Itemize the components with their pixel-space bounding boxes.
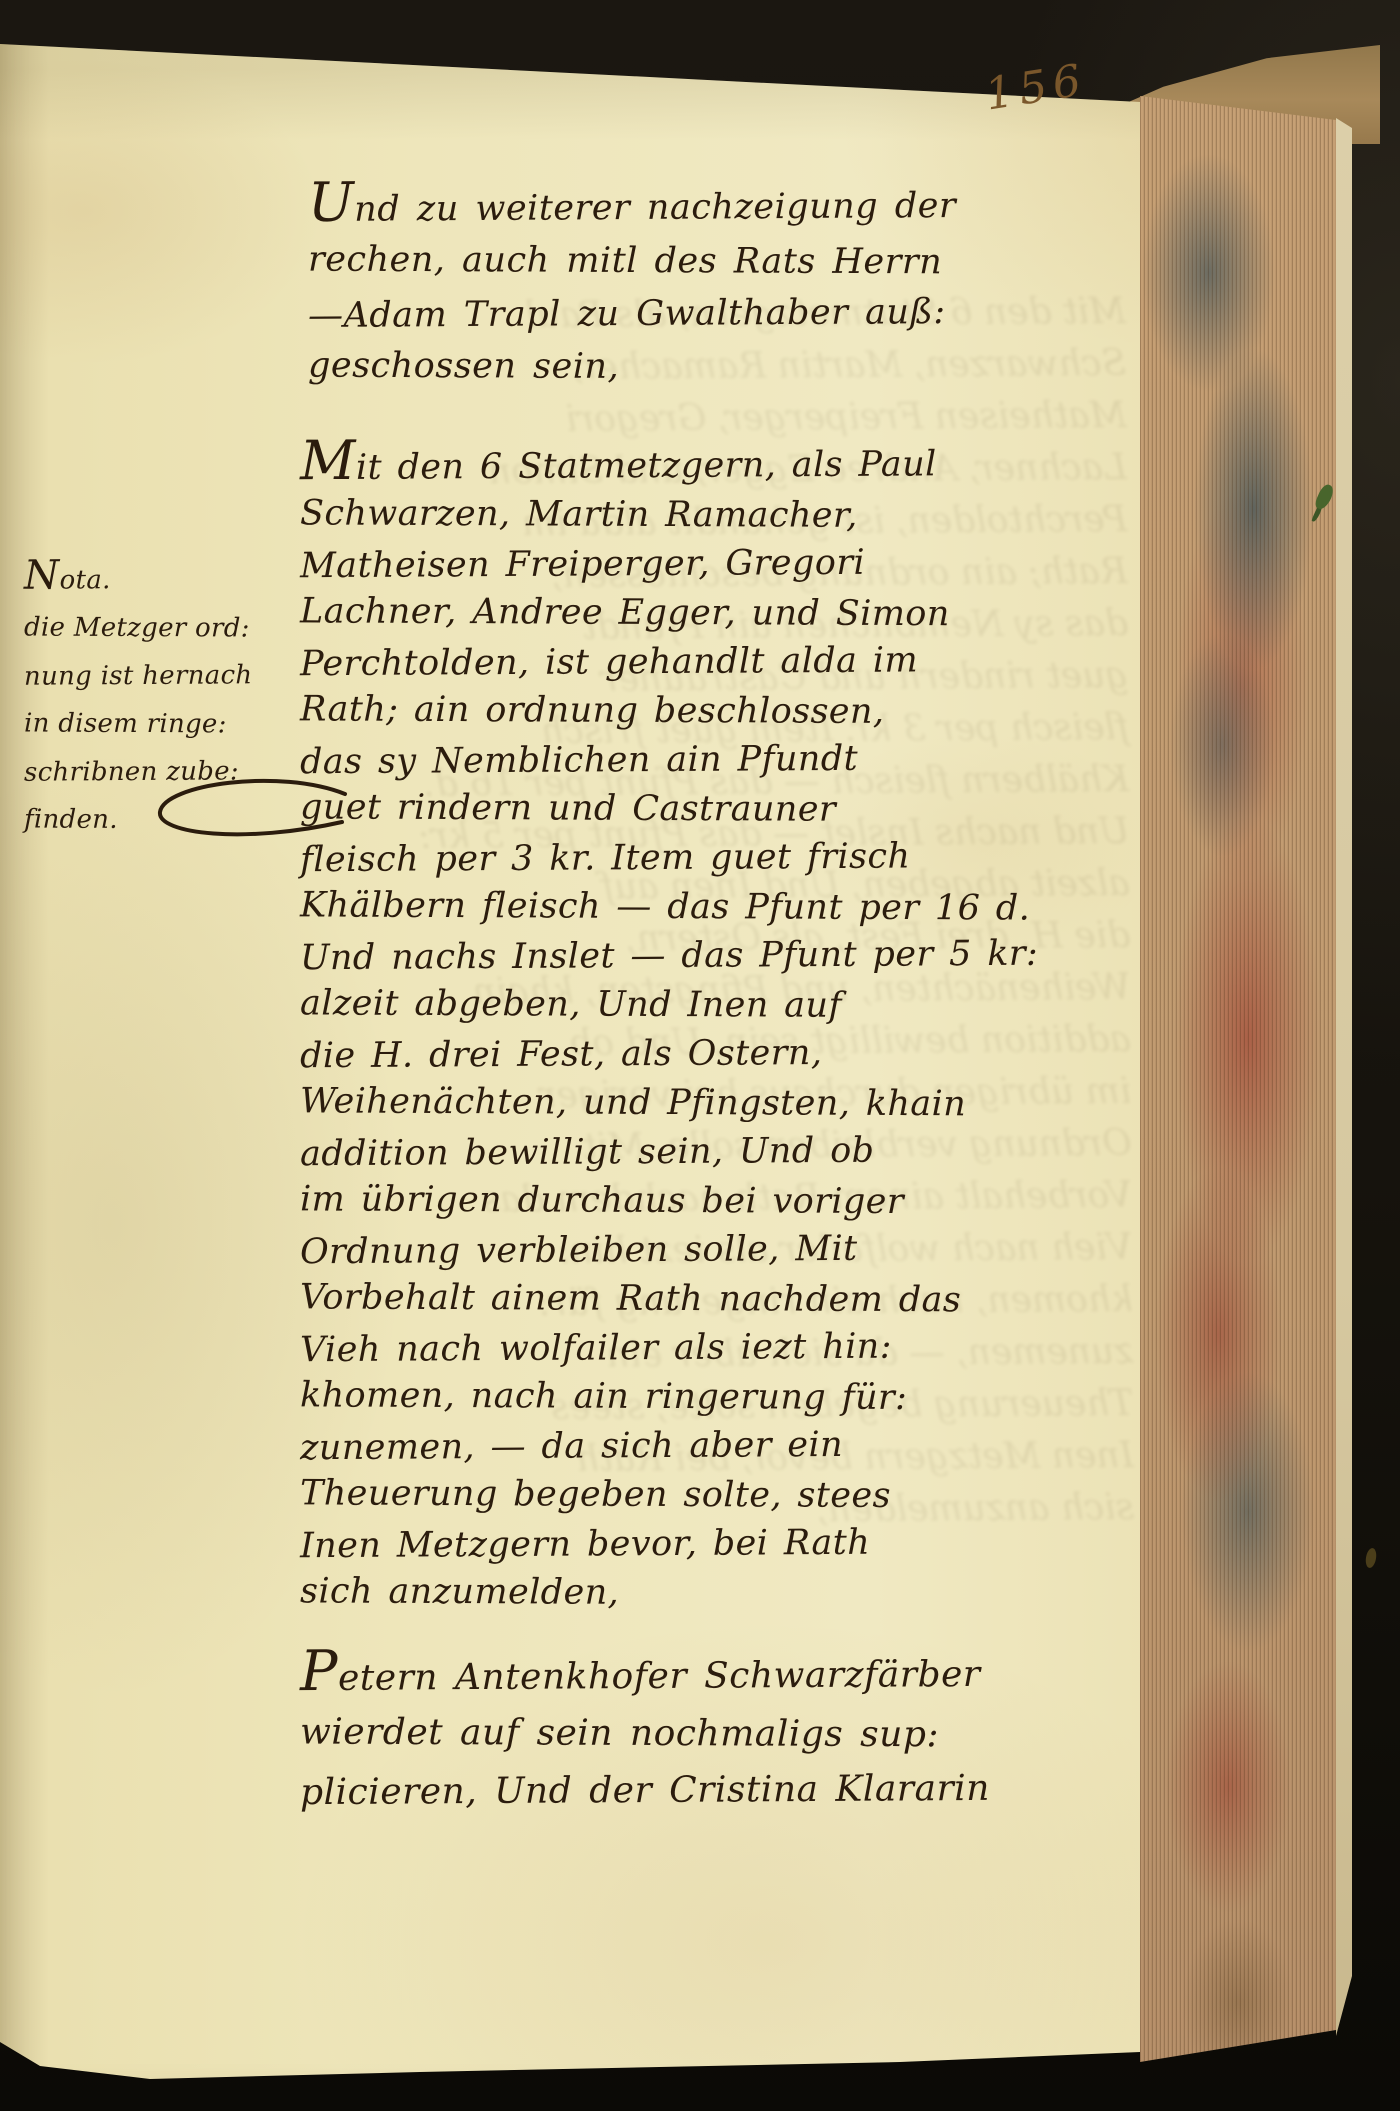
handwritten-line: khomen, nach ain ringerung für:: [300, 1371, 1038, 1423]
book-fore-edge: [1140, 96, 1336, 2062]
handwritten-line: Inen Metzgern bevor, bei Rath: [300, 1518, 1038, 1572]
handwritten-line: Lachner, Andree Egger, und Simon: [300, 587, 1038, 639]
handwritten-line: addition bewilligt sein, Und ob: [300, 1126, 1038, 1180]
handwritten-line: Vieh nach wolfailer als iezt hin:: [300, 1322, 1038, 1376]
handwritten-line: das sy Nemblichen ain Pfundt: [300, 734, 1038, 788]
heading-paragraph: Und zu weiterer nachzeigung derrechen, a…: [308, 182, 956, 394]
handwritten-line: sich anzumelden,: [300, 1567, 1038, 1619]
handwritten-line: Und zu weiterer nachzeigung der: [308, 180, 956, 237]
handwritten-line: Und nachs Inslet — das Pfunt per 5 kr:: [300, 930, 1038, 984]
handwritten-line: alzeit abgeben, Und Inen auf: [300, 979, 1038, 1031]
handwritten-line: geschossen sein,: [308, 340, 956, 396]
handwritten-line: Nota.: [24, 555, 253, 604]
handwritten-line: fleisch per 3 kr. Item guet frisch: [300, 832, 1038, 886]
handwritten-line: Rath; ain ordnung beschlossen,: [300, 685, 1038, 737]
handwritten-line: Vorbehalt ainem Rath nachdem das: [300, 1273, 1038, 1325]
fore-edge-light-band: [1336, 118, 1352, 2036]
main-paragraph: Mit den 6 Statmetzgern, als PaulSchwarze…: [300, 440, 1038, 1618]
handwritten-line: die H. drei Fest, als Ostern,: [300, 1028, 1038, 1082]
closing-paragraph: Petern Antenkhofer Schwarzfärberwierdet …: [300, 1648, 990, 1819]
handwritten-line: Perchtolden, ist gehandlt alda im: [300, 636, 1038, 690]
handwritten-line: nung ist hernach: [24, 651, 253, 700]
handwritten-line: —Adam Trapl zu Gwalthaber auß:: [308, 286, 956, 343]
handwritten-line: Mit den 6 Statmetzgern, als Paul: [300, 438, 1039, 494]
handwritten-line: Petern Antenkhofer Schwarzfärber: [300, 1646, 990, 1707]
handwritten-line: plicieren, Und der Cristina Klararin: [300, 1760, 990, 1821]
handwritten-line: zunemen, — da sich aber ein: [300, 1420, 1038, 1474]
handwritten-line: wierdet auf sein nochmaligs sup:: [300, 1703, 990, 1763]
handwritten-line: die Metzger ord:: [24, 604, 253, 653]
handwritten-line: Weihenächten, und Pfingsten, khain: [300, 1077, 1038, 1129]
handwritten-line: Matheisen Freiperger, Gregori: [300, 538, 1038, 592]
handwritten-line: Theuerung begeben solte, stees: [300, 1469, 1038, 1521]
handwritten-line: im übrigen durchaus bei voriger: [300, 1175, 1038, 1227]
handwritten-line: guet rindern und Castrauner: [300, 783, 1038, 835]
handwritten-line: Khälbern fleisch — das Pfunt per 16 d.: [300, 881, 1038, 933]
manuscript-photo: Mit den 6 Statmetzgern, als PaulSchwarze…: [0, 0, 1400, 2111]
handwritten-line: rechen, auch mitl des Rats Herrn: [308, 234, 956, 290]
handwritten-line: Schwarzen, Martin Ramacher,: [300, 489, 1038, 541]
handwritten-line: in disem ringe:: [24, 700, 253, 749]
handwritten-line: Ordnung verbleiben solle, Mit: [300, 1224, 1038, 1278]
